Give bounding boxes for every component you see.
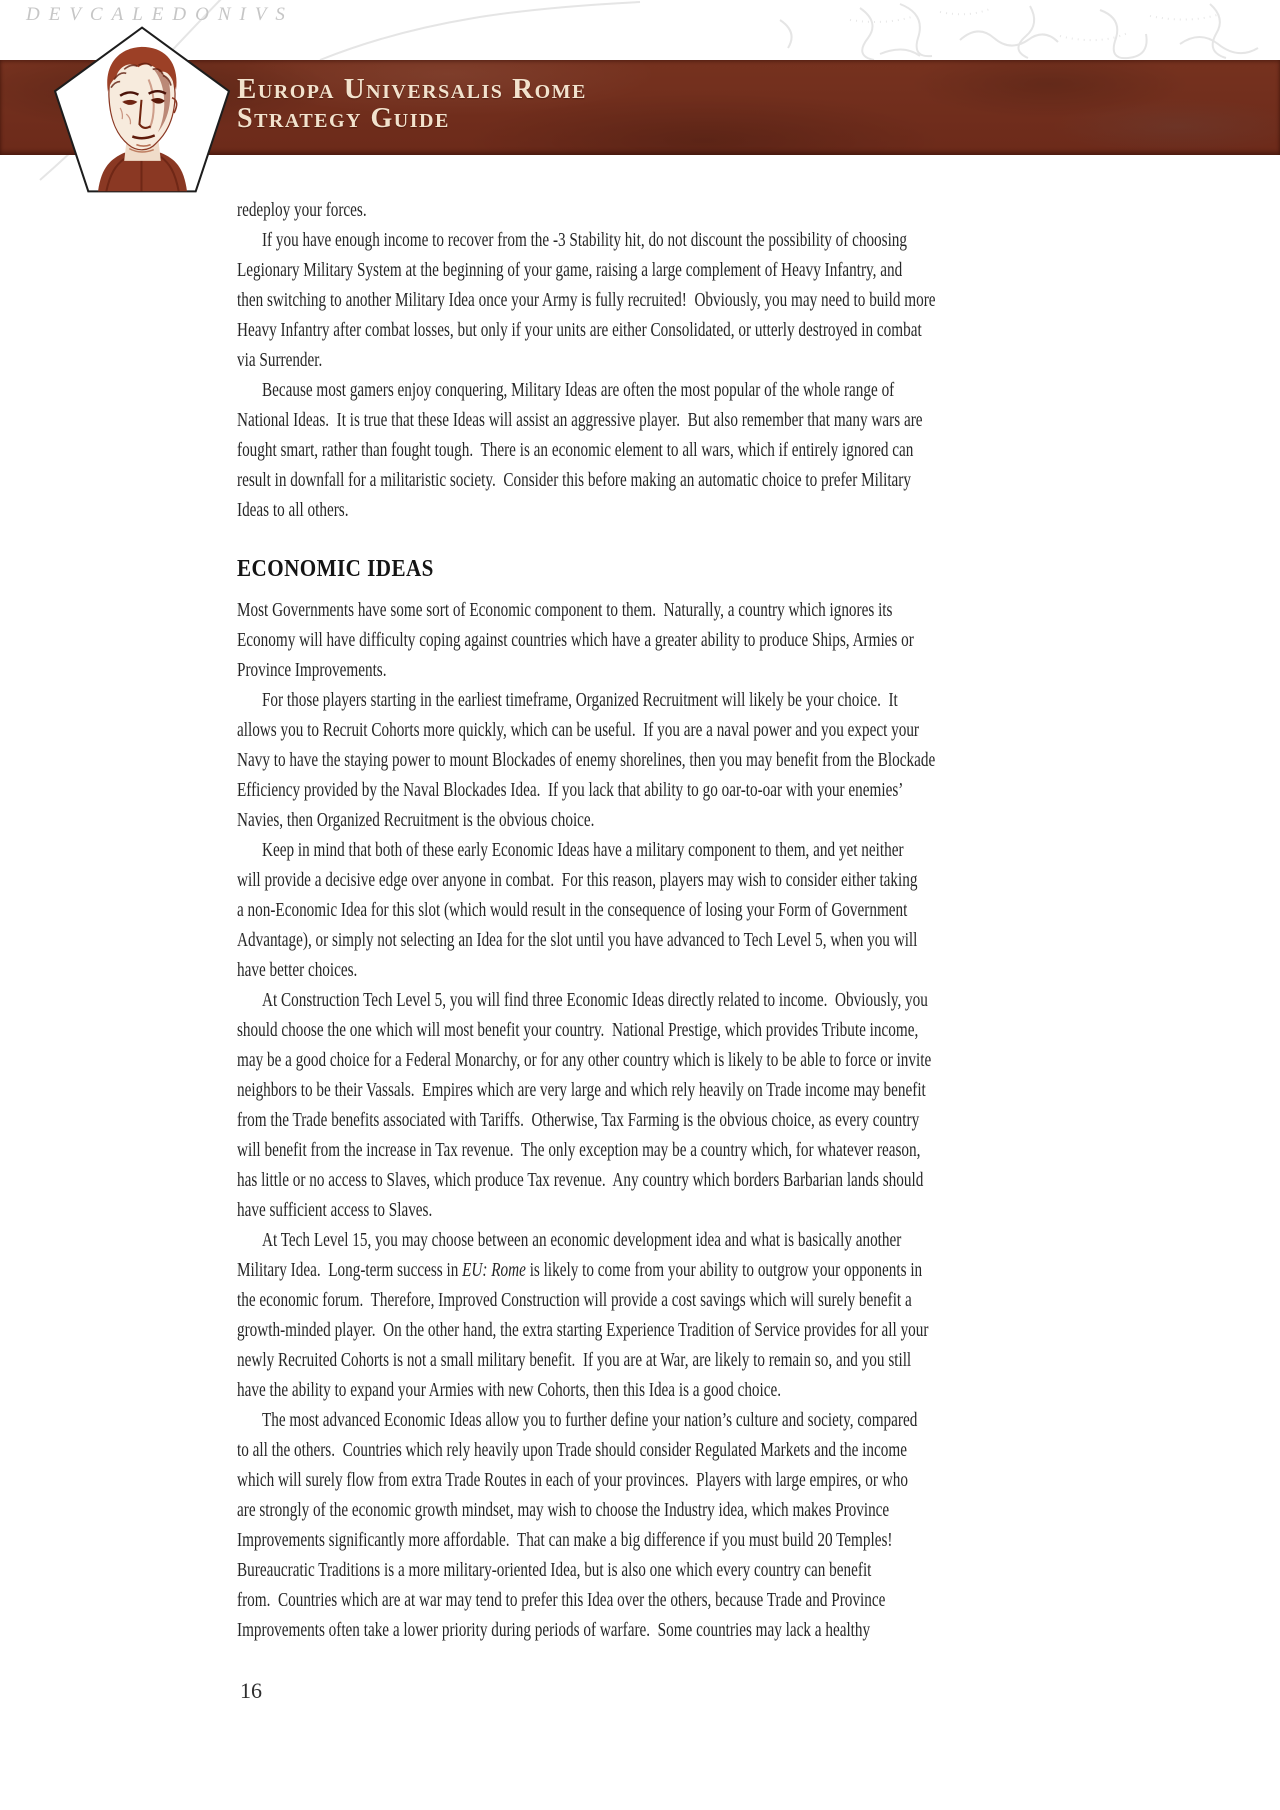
text-line: Advantage), or simply not selecting an I… xyxy=(237,926,861,956)
emblem-badge xyxy=(53,26,231,194)
text-line: which will surely flow from extra Trade … xyxy=(237,1466,861,1496)
text-line: Navy to have the staying power to mount … xyxy=(237,746,861,776)
text-line: may be a good choice for a Federal Monar… xyxy=(237,1046,861,1076)
paragraph: Most Governments have some sort of Econo… xyxy=(237,596,1037,686)
map-label: DEVCALEDONIVS xyxy=(26,4,294,26)
text-line: Improvements significantly more affordab… xyxy=(237,1526,861,1556)
text-line: then switching to another Military Idea … xyxy=(237,286,861,316)
text-line: the economic forum. Therefore, Improved … xyxy=(237,1286,861,1316)
text-line: should choose the one which will most be… xyxy=(237,1016,861,1046)
text-line: If you have enough income to recover fro… xyxy=(237,226,861,256)
text-line: Legionary Military System at the beginni… xyxy=(237,256,861,286)
text-line: For those players starting in the earlie… xyxy=(237,686,861,716)
text-line: will provide a decisive edge over anyone… xyxy=(237,866,861,896)
text-line: neighbors to be their Vassals. Empires w… xyxy=(237,1076,861,1106)
paragraph: If you have enough income to recover fro… xyxy=(237,226,1037,376)
text-line: a non-Economic Idea for this slot (which… xyxy=(237,896,861,926)
paragraph: Because most gamers enjoy conquering, Mi… xyxy=(237,376,1037,526)
text-line: Heavy Infantry after combat losses, but … xyxy=(237,316,861,346)
paragraph: The most advanced Economic Ideas allow y… xyxy=(237,1406,1037,1646)
roman-bust-icon xyxy=(53,26,231,194)
text-line: Province Improvements. xyxy=(237,656,861,686)
text-line: Efficiency provided by the Naval Blockad… xyxy=(237,776,861,806)
text-line: redeploy your forces. xyxy=(237,196,861,226)
page: DEVCALEDONIVS Europa Universalis Rome St… xyxy=(0,0,1280,1810)
text-line: At Construction Tech Level 5, you will f… xyxy=(237,986,861,1016)
body-text: redeploy your forces.If you have enough … xyxy=(237,196,1037,1646)
text-line: have better choices. xyxy=(237,956,861,986)
text-line: has little or no access to Slaves, which… xyxy=(237,1166,861,1196)
text-line: newly Recruited Cohorts is not a small m… xyxy=(237,1346,861,1376)
title-line-1: Europa Universalis Rome xyxy=(237,74,587,104)
text-line: National Ideas. It is true that these Id… xyxy=(237,406,861,436)
text-line: Improvements often take a lower priority… xyxy=(237,1616,861,1646)
text-line: have sufficient access to Slaves. xyxy=(237,1196,861,1226)
text-line: Military Idea. Long-term success in EU: … xyxy=(237,1256,861,1286)
page-title: Europa Universalis Rome Strategy Guide xyxy=(237,74,587,133)
paragraph: For those players starting in the earlie… xyxy=(237,686,1037,836)
paragraph: At Tech Level 15, you may choose between… xyxy=(237,1226,1037,1406)
text-line: fought smart, rather than fought tough. … xyxy=(237,436,861,466)
text-line: are strongly of the economic growth mind… xyxy=(237,1496,861,1526)
paragraph: Keep in mind that both of these early Ec… xyxy=(237,836,1037,986)
text-line: Bureaucratic Traditions is a more milita… xyxy=(237,1556,861,1586)
paragraph: At Construction Tech Level 5, you will f… xyxy=(237,986,1037,1226)
text-line: result in downfall for a militaristic so… xyxy=(237,466,861,496)
text-line: will benefit from the increase in Tax re… xyxy=(237,1136,861,1166)
text-line: Most Governments have some sort of Econo… xyxy=(237,596,861,626)
text-line: growth-minded player. On the other hand,… xyxy=(237,1316,861,1346)
text-line: have the ability to expand your Armies w… xyxy=(237,1376,861,1406)
text-line: Ideas to all others. xyxy=(237,496,861,526)
text-line: Keep in mind that both of these early Ec… xyxy=(237,836,861,866)
text-line: At Tech Level 15, you may choose between… xyxy=(237,1226,861,1256)
section-heading: ECONOMIC IDEAS xyxy=(237,554,941,584)
title-line-2: Strategy Guide xyxy=(237,104,587,133)
text-line: The most advanced Economic Ideas allow y… xyxy=(237,1406,861,1436)
text-line: allows you to Recruit Cohorts more quick… xyxy=(237,716,861,746)
text-line: Because most gamers enjoy conquering, Mi… xyxy=(237,376,861,406)
text-line: to all the others. Countries which rely … xyxy=(237,1436,861,1466)
text-line: Economy will have difficulty coping agai… xyxy=(237,626,861,656)
page-number: 16 xyxy=(240,1678,262,1704)
text-line: from the Trade benefits associated with … xyxy=(237,1106,861,1136)
paragraph: redeploy your forces. xyxy=(237,196,1037,226)
text-line: Navies, then Organized Recruitment is th… xyxy=(237,806,861,836)
text-line: from. Countries which are at war may ten… xyxy=(237,1586,861,1616)
text-line: via Surrender. xyxy=(237,346,861,376)
